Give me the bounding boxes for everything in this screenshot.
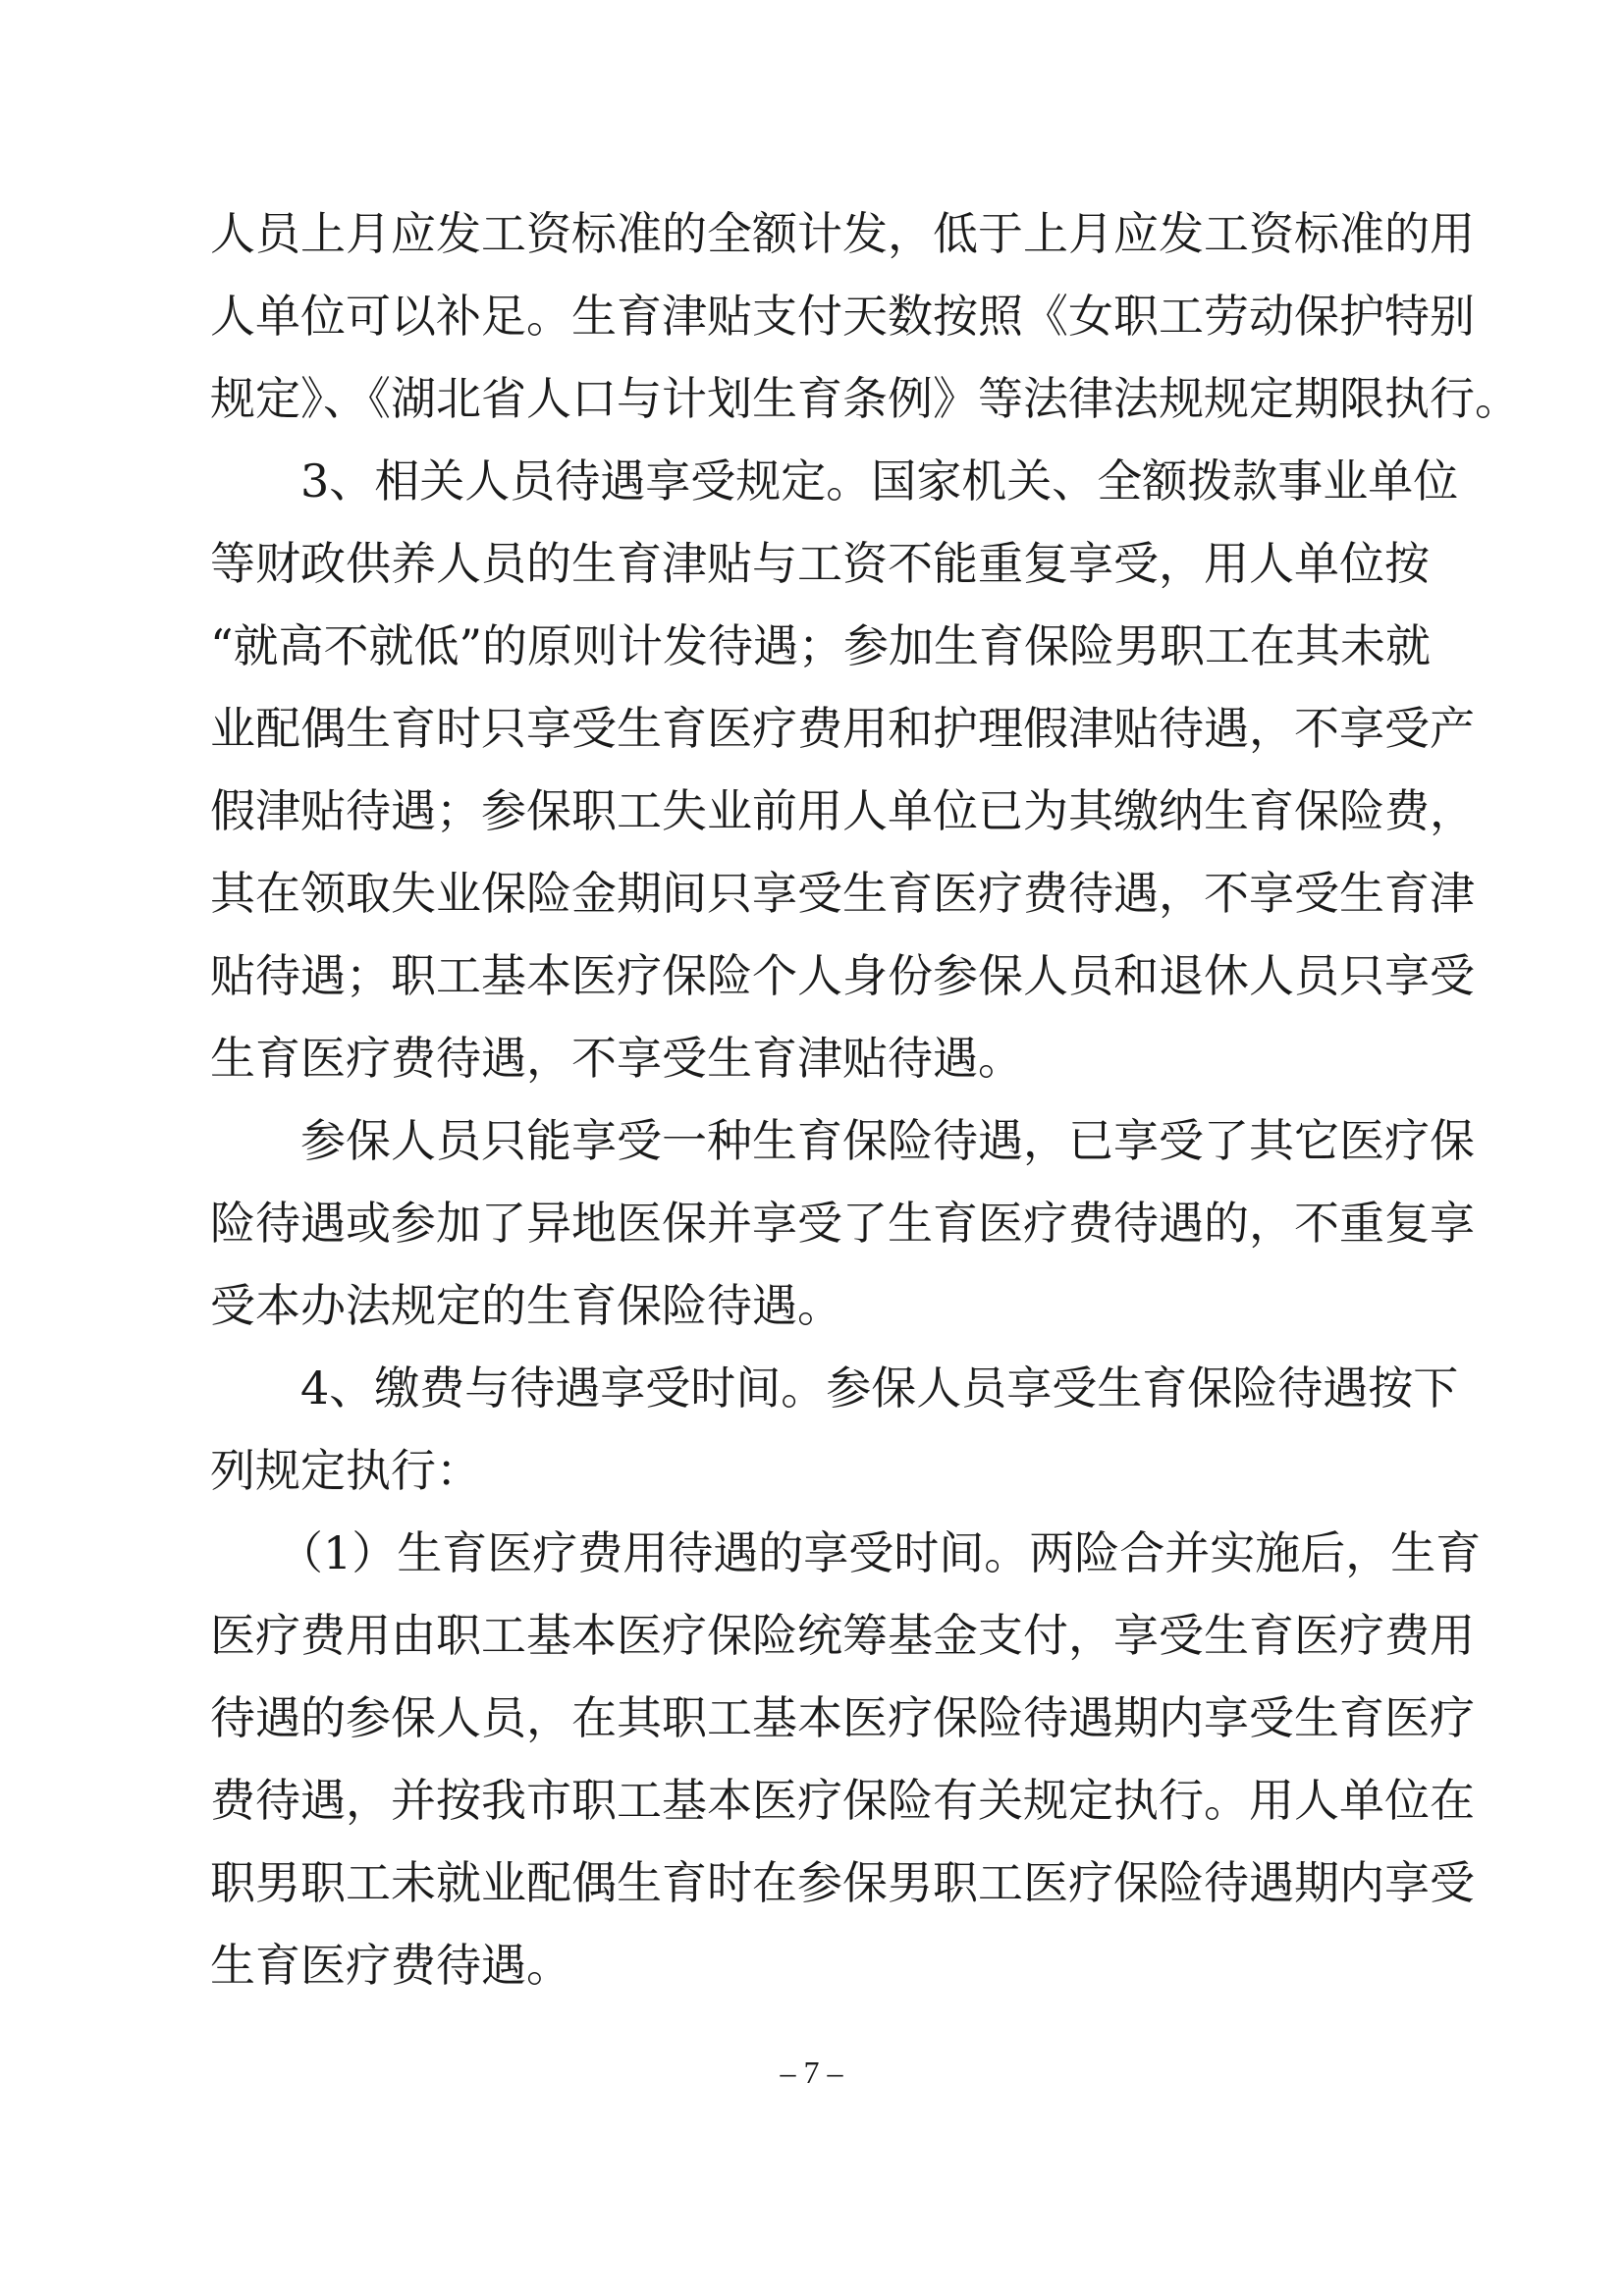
text-line: 规定》、《湖北省人口与计划生育条例》等法律法规规定期限执行。 bbox=[210, 366, 1416, 449]
section-3-heading-line: 3、相关人员待遇享受规定。国家机关、全额拨款事业单位 bbox=[210, 449, 1416, 531]
text-line: 列规定执行： bbox=[210, 1438, 1416, 1521]
text-line: 生育医疗费待遇。 bbox=[210, 1933, 1416, 2015]
text-line: 医疗费用由职工基本医疗保险统筹基金支付，享受生育医疗费用 bbox=[210, 1603, 1416, 1685]
subsection-1-heading-line: （1）生育医疗费用待遇的享受时间。两险合并实施后，生育 bbox=[210, 1521, 1416, 1603]
section-4-heading-line: 4、缴费与待遇享受时间。参保人员享受生育保险待遇按下 bbox=[210, 1356, 1416, 1438]
text-line: 贴待遇；职工基本医疗保险个人身份参保人员和退休人员只享受 bbox=[210, 943, 1416, 1026]
text-line: 待遇的参保人员，在其职工基本医疗保险待遇期内享受生育医疗 bbox=[210, 1685, 1416, 1768]
text-line: 假津贴待遇；参保职工失业前用人单位已为其缴纳生育保险费， bbox=[210, 778, 1416, 861]
text-line: 费待遇，并按我市职工基本医疗保险有关规定执行。用人单位在 bbox=[210, 1768, 1416, 1850]
text-line: 职男职工未就业配偶生育时在参保男职工医疗保险待遇期内享受 bbox=[210, 1850, 1416, 1933]
text-line: 险待遇或参加了异地医保并享受了生育医疗费待遇的，不重复享 bbox=[210, 1191, 1416, 1273]
text-line: “就高不就低”的原则计发待遇；参加生育保险男职工在其未就 bbox=[210, 614, 1416, 696]
text-line: 其在领取失业保险金期间只享受生育医疗费待遇，不享受生育津 bbox=[210, 861, 1416, 943]
text-line: 等财政供养人员的生育津贴与工资不能重复享受，用人单位按 bbox=[210, 531, 1416, 614]
text-line: 业配偶生育时只享受生育医疗费用和护理假津贴待遇，不享受产 bbox=[210, 696, 1416, 778]
text-line: 人单位可以补足。生育津贴支付天数按照《女职工劳动保护特别 bbox=[210, 284, 1416, 366]
document-page: 人员上月应发工资标准的全额计发，低于上月应发工资标准的用 人单位可以补足。生育津… bbox=[0, 0, 1623, 2296]
paragraph-start-line: 参保人员只能享受一种生育保险待遇，已享受了其它医疗保 bbox=[210, 1108, 1416, 1191]
document-body: 人员上月应发工资标准的全额计发，低于上月应发工资标准的用 人单位可以补足。生育津… bbox=[210, 201, 1416, 2015]
text-line: 人员上月应发工资标准的全额计发，低于上月应发工资标准的用 bbox=[210, 201, 1416, 284]
page-number: – 7 – bbox=[0, 2055, 1623, 2091]
text-line: 受本办法规定的生育保险待遇。 bbox=[210, 1273, 1416, 1356]
text-line: 生育医疗费待遇，不享受生育津贴待遇。 bbox=[210, 1026, 1416, 1108]
